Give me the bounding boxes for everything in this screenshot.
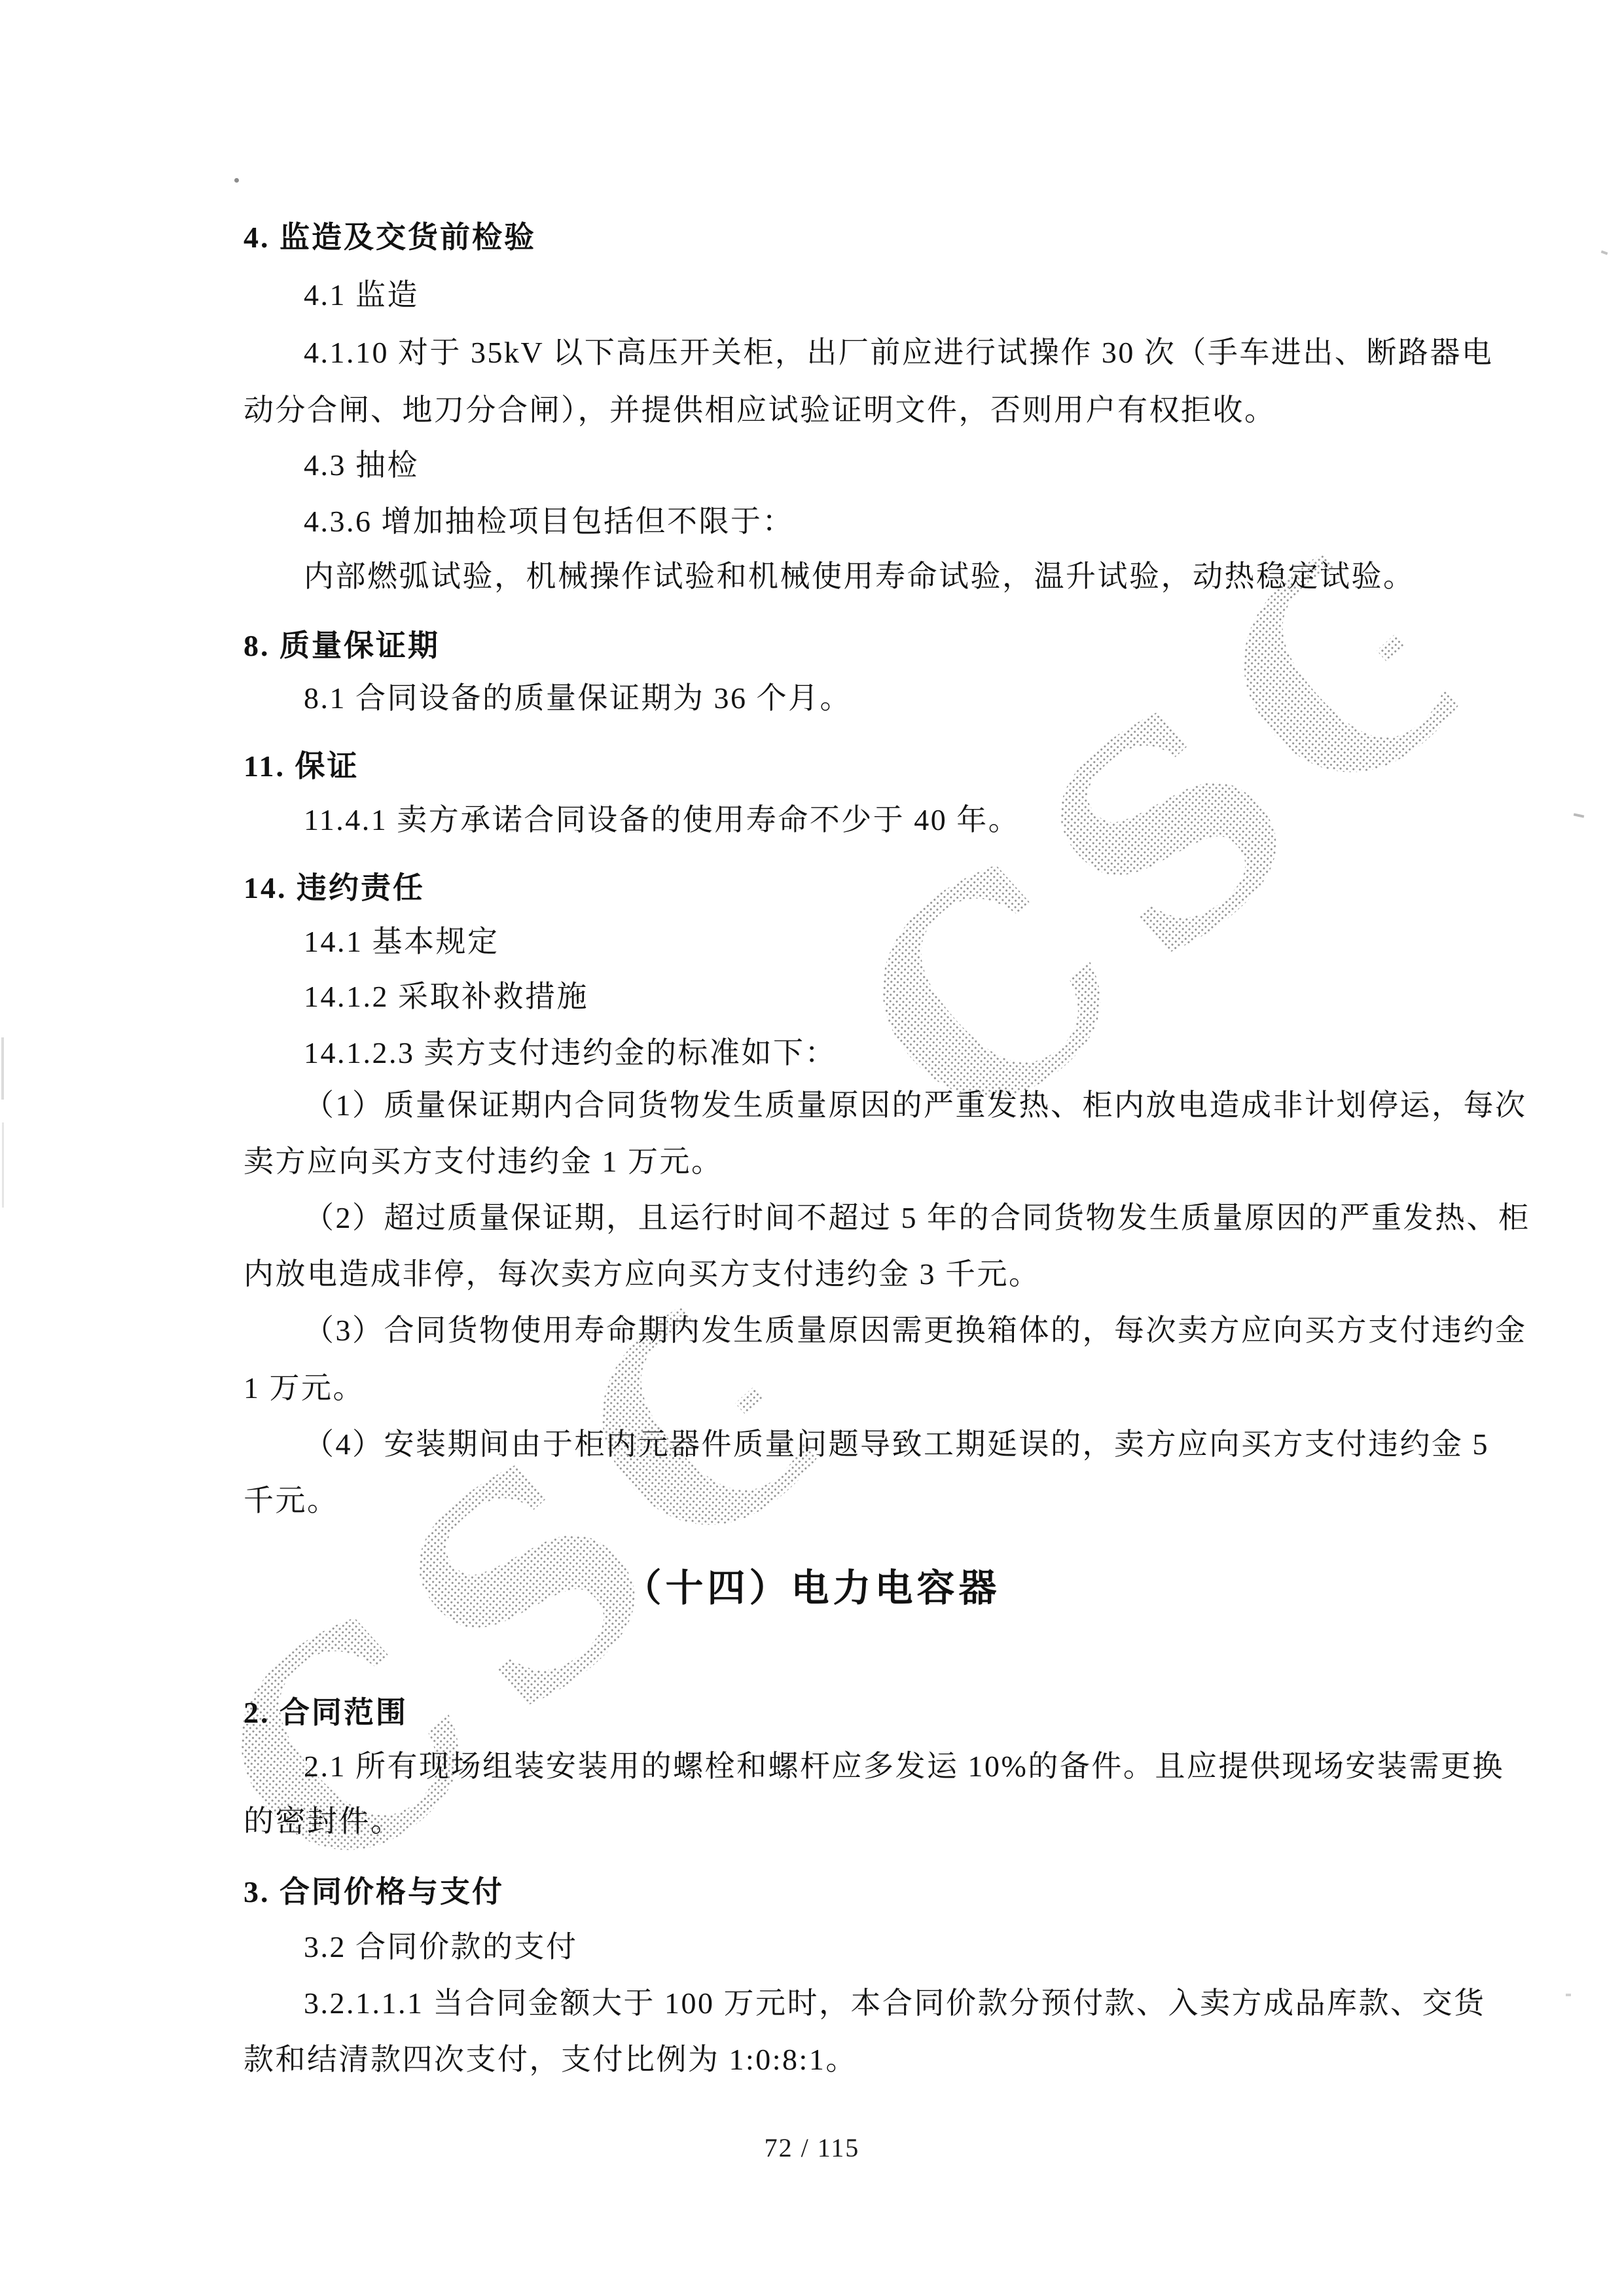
text-line: 3.2.1.1.1 当合同金额大于 100 万元时，本合同价款分预付款、入卖方成… xyxy=(304,1983,1486,2024)
page-number: 72 / 115 xyxy=(0,2132,1624,2163)
text-line: （1）质量保证期内合同货物发生质量原因的严重发热、柜内放电造成非计划停运，每次 xyxy=(304,1085,1527,1126)
text-line: 的密封件。 xyxy=(244,1801,403,1842)
text-line: 内部燃弧试验，机械操作试验和机械使用寿命试验，温升试验，动热稳定试验。 xyxy=(304,556,1415,597)
scan-artifact-mark xyxy=(1601,250,1608,255)
section-heading: 8. 质量保证期 xyxy=(244,626,440,666)
scan-artifact-mark xyxy=(1566,1994,1571,1996)
scan-artifact-edge xyxy=(2,1122,4,1208)
document-page: CSG CSG 4. 监造及交货前检验4.1 监造4.1.10 对于 35kV … xyxy=(0,0,1624,2296)
text-line: 3.2 合同价款的支付 xyxy=(304,1927,578,1967)
text-line: （2）超过质量保证期，且运行时间不超过 5 年的合同货物发生质量原因的严重发热、… xyxy=(304,1198,1530,1238)
section-heading: 3. 合同价格与支付 xyxy=(244,1872,504,1912)
text-line: 4.3 抽检 xyxy=(304,445,419,486)
text-line: 14.1 基本规定 xyxy=(304,922,499,962)
chapter-title: （十四）电力电容器 xyxy=(0,1568,1624,1609)
text-line: 4.1.10 对于 35kV 以下高压开关柜，出厂前应进行试操作 30 次（手车… xyxy=(304,332,1493,373)
text-line: 14.1.2.3 卖方支付违约金的标准如下： xyxy=(304,1033,837,1073)
text-line: 14.1.2 采取补救措施 xyxy=(304,977,588,1017)
text-line: 千元。 xyxy=(244,1480,339,1521)
section-heading: 4. 监造及交货前检验 xyxy=(244,217,536,258)
scan-artifact-dot xyxy=(234,178,239,183)
text-line: 款和结清款四次支付，支付比例为 1:0:8:1。 xyxy=(244,2039,857,2080)
text-line: 动分合闸、地刀分合闸），并提供相应试验证明文件，否则用户有权拒收。 xyxy=(244,390,1276,431)
text-line: 4.3.6 增加抽检项目包括但不限于： xyxy=(304,501,794,542)
scan-artifact-edge xyxy=(1,1037,4,1100)
text-line: 8.1 合同设备的质量保证期为 36 个月。 xyxy=(304,678,852,719)
text-line: 2.1 所有现场组装安装用的螺栓和螺杆应多发运 10%的备件。且应提供现场安装需… xyxy=(304,1746,1504,1787)
text-line: 内放电造成非停，每次卖方应向买方支付违约金 3 千元。 xyxy=(244,1254,1041,1295)
text-line: 4.1 监造 xyxy=(304,275,419,315)
text-line: （4）安装期间由于柜内元器件质量问题导致工期延误的，卖方应向买方支付违约金 5 xyxy=(304,1424,1489,1465)
scan-artifact-mark xyxy=(1574,813,1584,817)
section-heading: 2. 合同范围 xyxy=(244,1693,408,1733)
section-heading: 14. 违约责任 xyxy=(244,868,425,908)
section-heading: 11. 保证 xyxy=(244,746,359,787)
text-line: 卖方应向买方支付违约金 1 万元。 xyxy=(244,1141,723,1182)
text-line: （3）合同货物使用寿命期内发生质量原因需更换箱体的，每次卖方应向买方支付违约金 xyxy=(304,1310,1527,1351)
text-line: 1 万元。 xyxy=(244,1368,365,1408)
text-line: 11.4.1 卖方承诺合同设备的使用寿命不少于 40 年。 xyxy=(304,800,1020,840)
